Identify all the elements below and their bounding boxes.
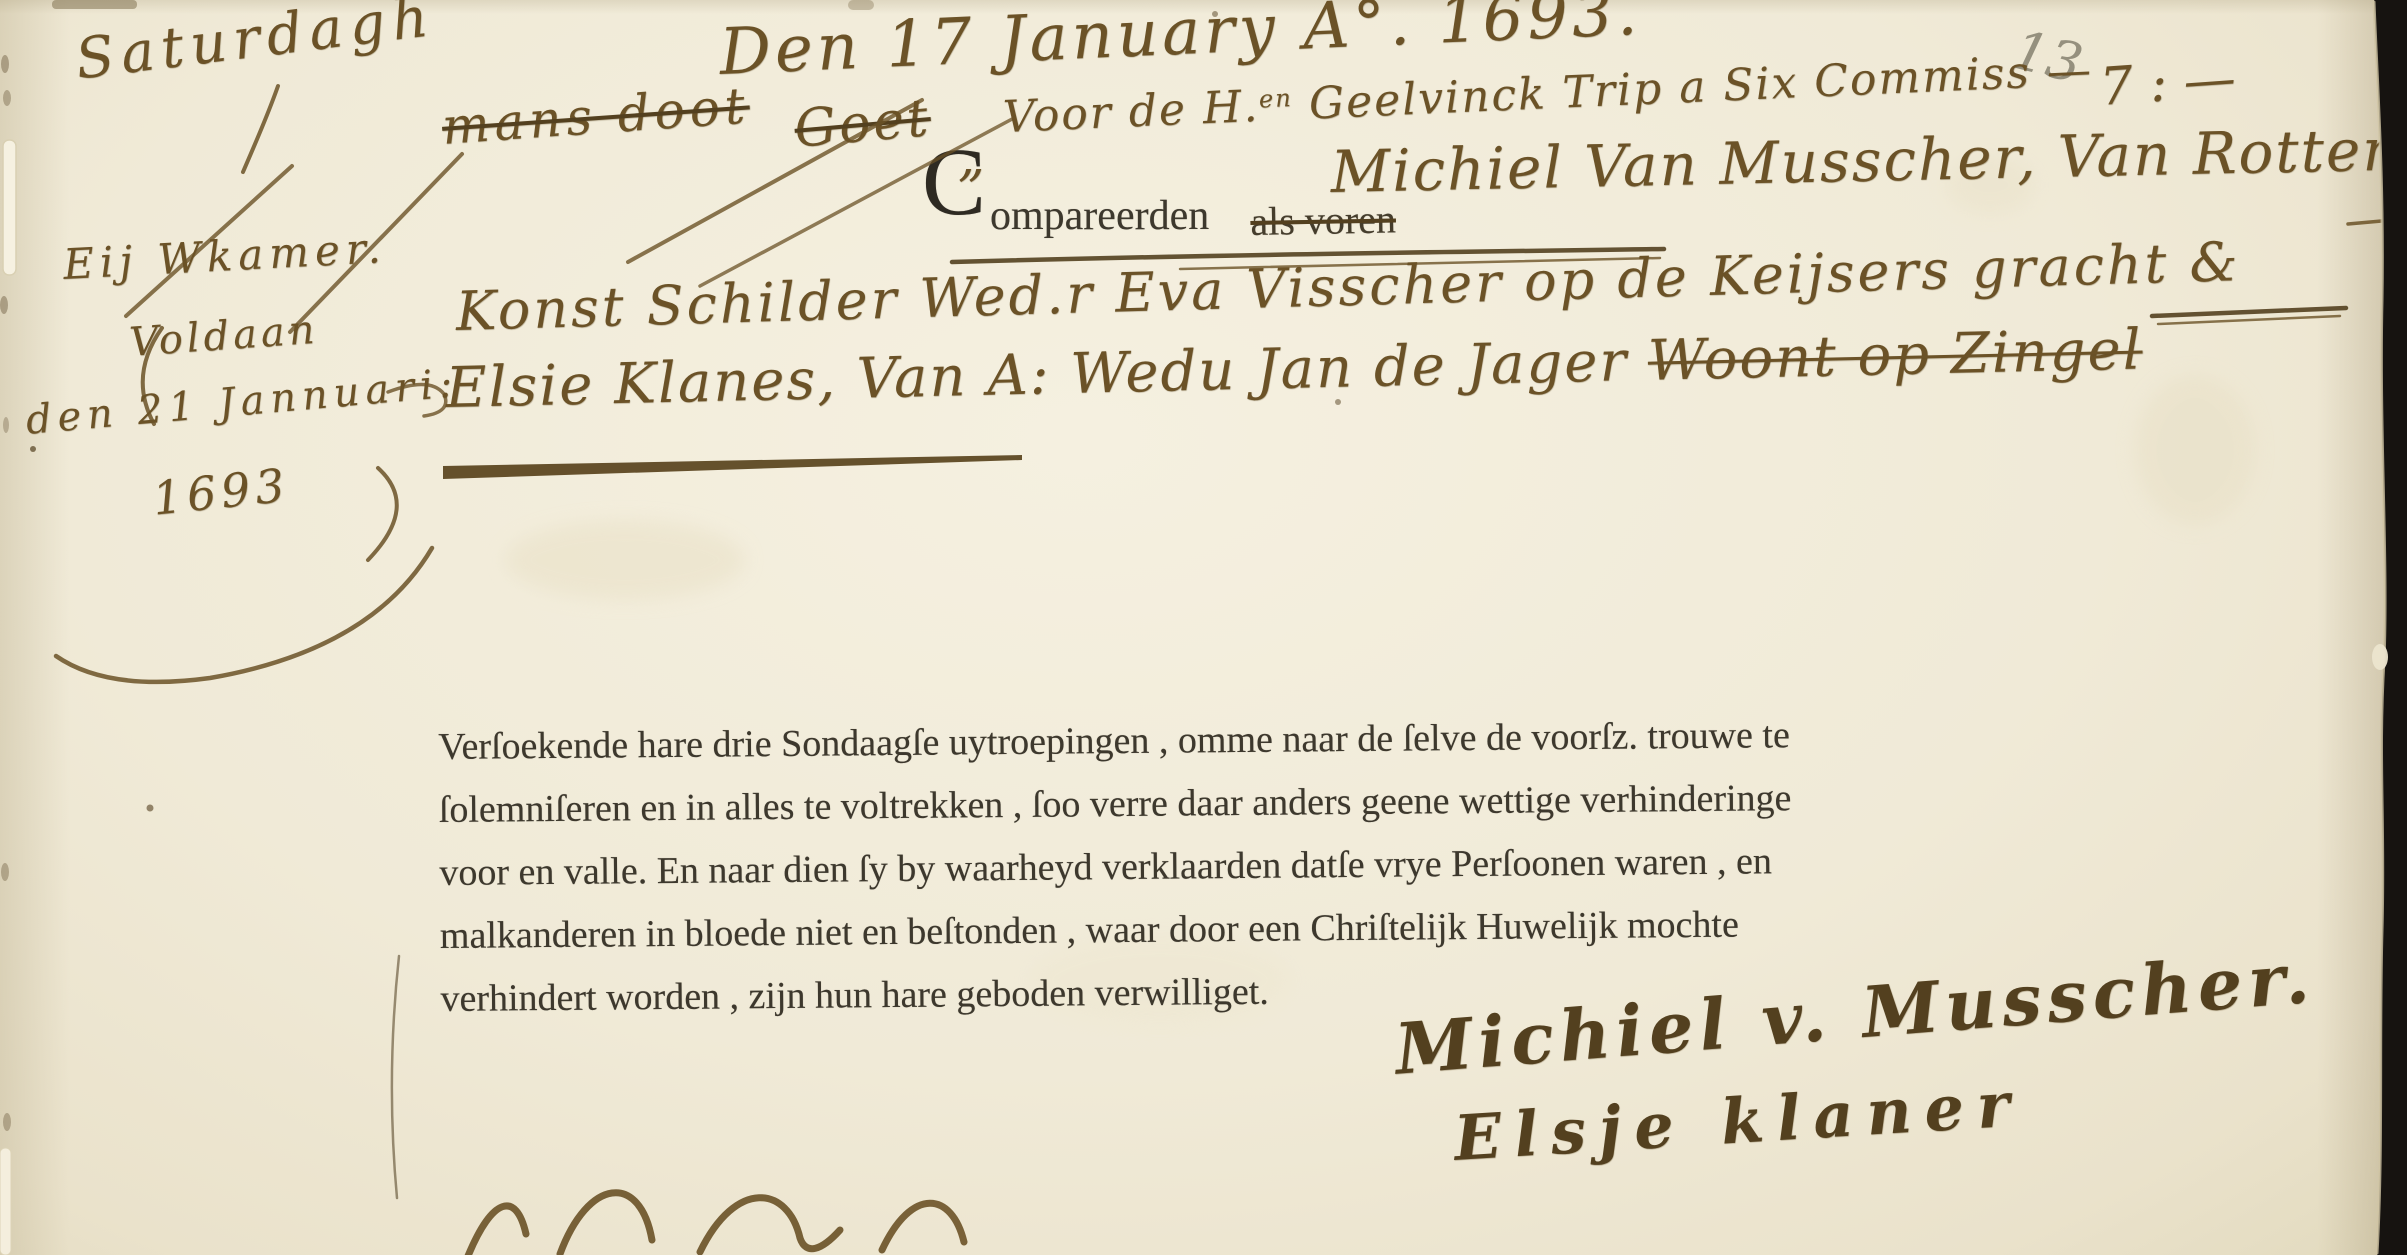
stitch-mark bbox=[0, 296, 8, 314]
flourish-sweep bbox=[56, 548, 432, 682]
flourish-paren-close bbox=[368, 468, 397, 560]
paper-stain bbox=[2135, 375, 2255, 525]
commissioners-pre: Voor de H. bbox=[1002, 81, 1260, 143]
register-page-scan: Saturdagh Den 17 January A°. 1693. 13 7 … bbox=[0, 0, 2407, 1255]
printed-line: ſolemniſeren en in alles te voltrekken ,… bbox=[439, 767, 1792, 842]
stitch-mark bbox=[1, 55, 9, 73]
stitch-mark bbox=[3, 417, 9, 433]
flourish-saturdagh-tail bbox=[243, 86, 278, 172]
signature-bride: Elsje klaner bbox=[1452, 1067, 2024, 1175]
printed-line: voor en valle. En naar dien ſy by waarhe… bbox=[439, 830, 1792, 905]
ink-speck bbox=[147, 805, 154, 812]
margin-reg-voldaan: Voldaan bbox=[128, 307, 320, 366]
binding-ridge bbox=[0, 1148, 11, 1255]
struck-word-goet: Goet bbox=[792, 88, 933, 160]
bride-names: Elsie Klanes, Van A: Wedu Jan de Jager bbox=[445, 329, 1649, 421]
fee-mark: 7 : — bbox=[2098, 49, 2238, 118]
margin-reg-date: den 21 Jannuari: bbox=[24, 360, 460, 444]
commissioners-superscript: en bbox=[1258, 84, 1293, 113]
stray-stroke bbox=[392, 956, 399, 1198]
paper-stain bbox=[505, 520, 745, 600]
page-edge-black bbox=[2374, 0, 2407, 1255]
page-edge-rim bbox=[2374, 2, 2385, 1253]
filler-dash bbox=[2348, 219, 2404, 224]
bride-struck-residence: Woont op Zingel bbox=[1647, 317, 2143, 393]
filler-dash bbox=[2158, 316, 2340, 324]
printed-word-compareerden: ompareerden bbox=[990, 192, 1209, 240]
ink-speck bbox=[30, 446, 36, 452]
printed-banns-text: Verſoekende hare drie Sondaagſe uytroepi… bbox=[438, 704, 1793, 1031]
stitch-mark bbox=[1, 863, 9, 881]
edge-smudge bbox=[52, 0, 137, 9]
struck-note-mans-doot: mans doot bbox=[440, 76, 752, 155]
margin-reg-weeskamer: Eij Wkamer. bbox=[62, 223, 388, 289]
next-entry-flourish bbox=[468, 1193, 964, 1255]
bride-name-underline bbox=[443, 455, 1022, 479]
edge-fiber-tuft bbox=[2372, 644, 2388, 670]
binding-ridge bbox=[3, 140, 16, 275]
margin-reg-year: 1693 bbox=[150, 458, 292, 526]
groom-name-line: Michiel Van Musscher, Van Rotterdam bbox=[1330, 113, 2407, 206]
margin-day-note: Saturdagh bbox=[72, 0, 438, 93]
filler-dash bbox=[2152, 308, 2346, 316]
stitch-mark bbox=[3, 90, 11, 106]
printed-line: malkanderen in bloede niet en beſtonden … bbox=[440, 893, 1793, 968]
printed-initial-c: C bbox=[922, 126, 986, 237]
stitch-mark bbox=[3, 1113, 11, 1131]
printed-line: Verſoekende hare drie Sondaagſe uytroepi… bbox=[438, 704, 1791, 779]
